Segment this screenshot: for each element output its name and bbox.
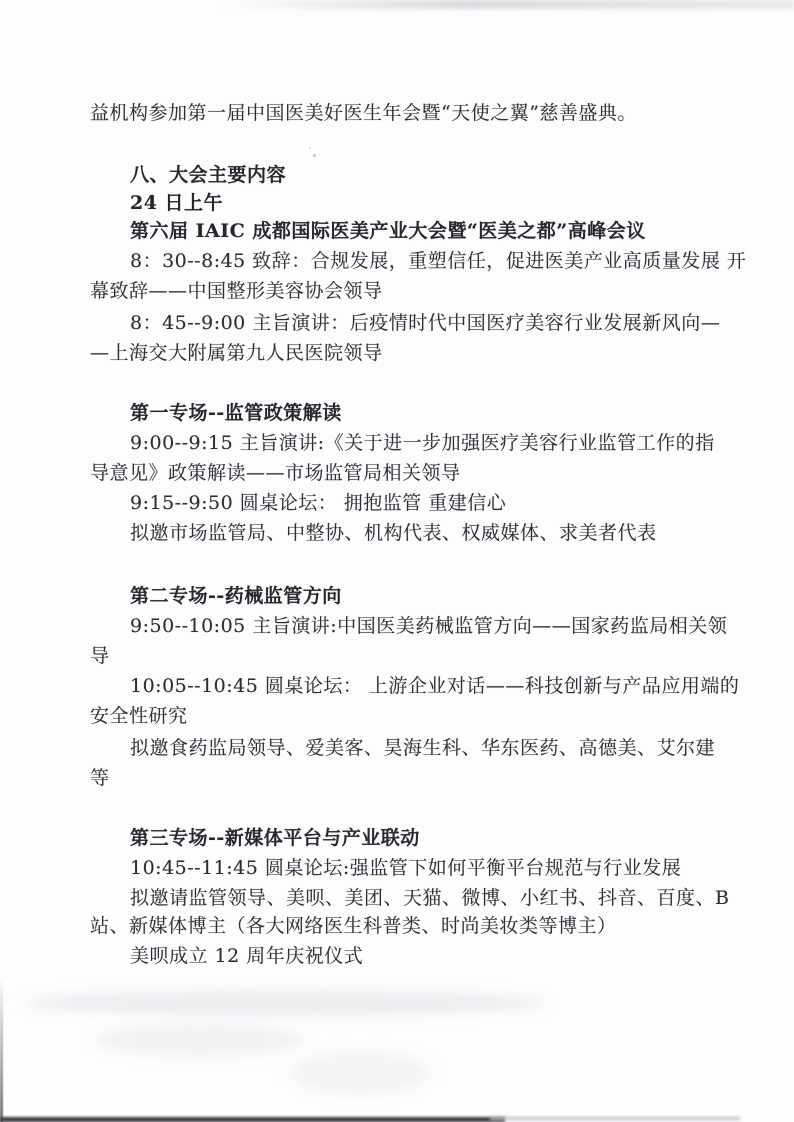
doc-heading-line: 24 日上午 [130, 190, 223, 216]
doc-text-line: 10:05--10:45 圆桌论坛： 上游企业对话——科技创新与产品应用端的 [130, 673, 739, 699]
doc-text-line: 导意见》政策解读——市场监管局相关领导 [90, 460, 461, 486]
doc-heading-line: 八、大会主要内容 [130, 162, 286, 188]
scan-bleedthrough-noise [290, 1052, 430, 1094]
doc-text-line: 等 [90, 765, 110, 791]
doc-text-line: 8：30--8:45 致辞：合规发展，重塑信任，促进医美产业高质量发展 开 [130, 248, 746, 274]
doc-text-line: 拟邀食药监局领导、爱美客、昊海生科、华东医药、高德美、艾尔建 [130, 735, 715, 761]
doc-text-line: 拟邀请监管领导、美呗、美团、天猫、微博、小红书、抖音、百度、B [130, 885, 729, 911]
doc-heading-line: 第六届 IAIC 成都国际医美产业大会暨“医美之都”高峰会议 [130, 218, 646, 244]
doc-text-line: —上海交大附属第九人民医院领导 [90, 340, 383, 366]
doc-text-line: 安全性研究 [90, 703, 188, 729]
scanned-document-page: 益机构参加第一届中国医美好医生年会暨“天使之翼”慈善盛典。八、大会主要内容24 … [0, 0, 794, 1122]
doc-text-line: 美呗成立 12 周年庆祝仪式 [130, 943, 363, 969]
doc-text-line: 8：45--9:00 主旨演讲：后疫情时代中国医疗美容行业发展新风向— [130, 310, 720, 336]
scan-bleedthrough-noise [95, 1025, 305, 1055]
doc-text-line: 9:50--10:05 主旨演讲:中国医美药械监管方向——国家药监局相关领 [130, 613, 727, 639]
scan-speck [309, 147, 311, 149]
scan-page-edge-bottom [0, 1117, 505, 1122]
doc-heading-line: 第二专场--药械监管方向 [130, 583, 342, 609]
doc-text-line: 导 [90, 643, 110, 669]
scan-page-edge-bottom-light [490, 1117, 740, 1120]
doc-heading-line: 第一专场--监管政策解读 [130, 400, 342, 426]
scan-bleedthrough-noise [25, 992, 545, 1014]
doc-heading-line: 第三专场--新媒体平台与产业联动 [130, 825, 420, 851]
doc-text-line: 站、新媒体博主（各大网络医生科普类、时尚美妆类等博主） [90, 913, 617, 939]
scan-page-edge-left [0, 977, 3, 1122]
scan-speck [313, 154, 316, 157]
scan-shadow-top [0, 0, 794, 9]
doc-text-line: 拟邀市场监管局、中整协、机构代表、权威媒体、求美者代表 [130, 520, 657, 546]
doc-text-line: 10:45--11:45 圆桌论坛:强监管下如何平衡平台规范与行业发展 [130, 855, 681, 881]
doc-text-line: 9:15--9:50 圆桌论坛： 拥抱监管 重建信心 [130, 490, 506, 516]
doc-text-line: 9:00--9:15 主旨演讲:《关于进一步加强医疗美容行业监管工作的指 [130, 430, 715, 456]
doc-text-line: 幕致辞——中国整形美容协会领导 [90, 278, 383, 304]
doc-text-line: 益机构参加第一届中国医美好医生年会暨“天使之翼”慈善盛典。 [90, 100, 637, 126]
